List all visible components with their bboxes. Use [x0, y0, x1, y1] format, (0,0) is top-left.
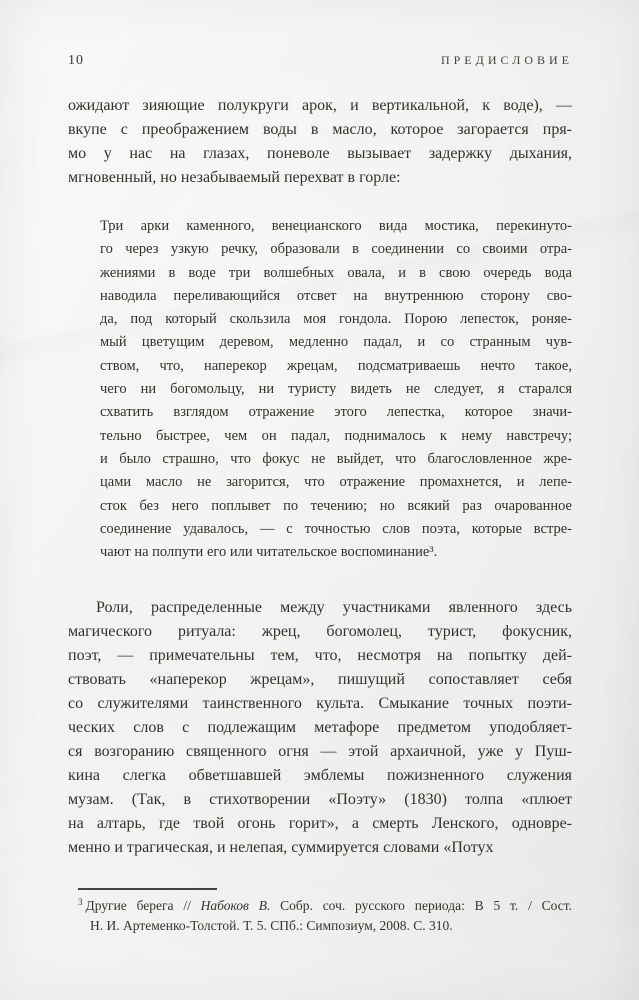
text-line: ствовать «наперекор жрецам», пишущий соп… — [68, 668, 572, 692]
text-line: мый цветущим деревом, медленно падал, и … — [100, 331, 572, 354]
text-line: схватить взглядом отражение этого лепест… — [100, 401, 572, 424]
text-line: жениями в воде три волшебных овала, и в … — [100, 262, 572, 285]
footnote-text-pre: Другие берега // — [86, 898, 201, 913]
text-line: Три арки каменного, венецианского вида м… — [100, 215, 572, 238]
text-line: мо у нас на глазах, поневоле вызывает за… — [68, 142, 572, 166]
text-line: поэт, — примечательны тем, что, несмотря… — [68, 644, 572, 668]
text-line: ся возгоранию священного огня — этой арх… — [68, 740, 572, 764]
text-line: чего ни богомольцу, ни туристу видеть не… — [100, 378, 572, 401]
page-number: 10 — [68, 53, 84, 69]
text-line: да, под который скользила моя гондола. П… — [100, 308, 572, 331]
running-head-title: ПРЕДИСЛОВИЕ — [441, 53, 573, 68]
paragraph-commentary: Роли, распределенные между участниками я… — [68, 596, 572, 860]
text-line: на алтарь, где твой огонь горит», а смер… — [68, 812, 572, 836]
text-line: со служителями таинственного культа. Смы… — [68, 692, 572, 716]
running-head: 10 ПРЕДИСЛОВИЕ — [68, 53, 573, 69]
text-line: Роли, распределенные между участниками я… — [68, 596, 572, 620]
footnote-line-1: 3Другие берега // Набоков В. Собр. соч. … — [78, 896, 572, 916]
text-line: цами масло не загорится, что отражение п… — [100, 471, 572, 494]
footnote: 3Другие берега // Набоков В. Собр. соч. … — [78, 896, 572, 936]
text-line: чают на полпути его или читательское вос… — [100, 541, 572, 564]
text-line: тельно быстрее, чем он падал, поднималос… — [100, 425, 572, 448]
text-line: кина слегка обветшавшей эмблемы пожизнен… — [68, 764, 572, 788]
footnote-author: Набоков В. — [201, 898, 271, 913]
text-line: соединение удавалось, — с точностью слов… — [100, 518, 572, 541]
book-page: 10 ПРЕДИСЛОВИЕ ожидают зияющие полукруги… — [0, 0, 639, 1000]
text-line: ожидают зияющие полукруги арок, и вертик… — [68, 94, 572, 118]
block-quote: Три арки каменного, венецианского вида м… — [100, 215, 572, 564]
text-line: вкупе с преображением воды в масло, кото… — [68, 118, 572, 142]
text-line: магического ритуала: жрец, богомолец, ту… — [68, 620, 572, 644]
text-line: сток без него поплывет по течению; но вс… — [100, 495, 572, 518]
footnote-separator — [78, 888, 217, 890]
text-line: ством, что, наперекор жрецам, подсматрив… — [100, 355, 572, 378]
text-line: го через узкую речку, образовали в соеди… — [100, 238, 572, 261]
footnote-text-post: Собр. соч. русского периода: В 5 т. / Со… — [270, 898, 572, 913]
text-line: и было страшно, что фокус не выйдет, что… — [100, 448, 572, 471]
paragraph-opening: ожидают зияющие полукруги арок, и вертик… — [68, 94, 572, 190]
text-line: наводила переливающийся отсвет на внутре… — [100, 285, 572, 308]
footnote-line-2: Н. И. Артеменко-Толстой. Т. 5. СПб.: Сим… — [78, 916, 572, 936]
text-line: мгновенный, но незабываемый перехват в г… — [68, 166, 572, 190]
text-line: ческих слов с подлежащим метафоре предме… — [68, 716, 572, 740]
text-line: музам. (Так, в стихотворении «Поэту» (18… — [68, 788, 572, 812]
text-line: менно и трагическая, и нелепая, суммируе… — [68, 836, 572, 860]
footnote-marker: 3 — [78, 897, 83, 907]
